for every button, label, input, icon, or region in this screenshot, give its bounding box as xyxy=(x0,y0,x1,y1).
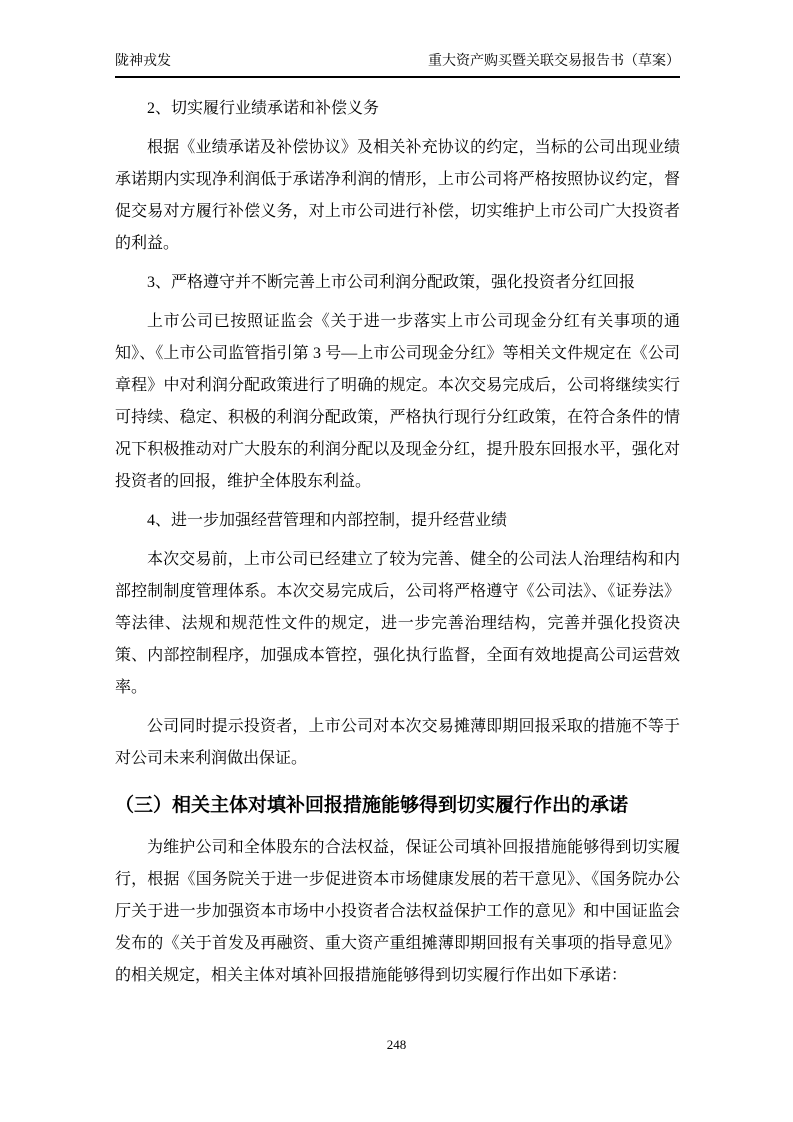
section-heading-three: （三）相关主体对填补回报措施能够得到切实履行作出的承诺 xyxy=(115,789,680,822)
paragraph-performance-commitment: 根据《业绩承诺及补偿协议》及相关补充协议的约定，当标的公司出现业绩承诺期内实现净… xyxy=(115,132,680,260)
document-content: 2、切实履行业绩承诺和补偿义务 根据《业绩承诺及补偿协议》及相关补充协议的约定，… xyxy=(115,86,680,999)
document-page: 陇神戎发 重大资产购买暨关联交易报告书（草案） 2、切实履行业绩承诺和补偿义务 … xyxy=(0,0,793,1122)
page-header: 陇神戎发 重大资产购买暨关联交易报告书（草案） xyxy=(115,52,680,78)
paragraph-dividend-policy: 上市公司已按照证监会《关于进一步落实上市公司现金分红有关事项的通知》、《上市公司… xyxy=(115,306,680,498)
numbered-heading-4: 4、进一步加强经营管理和内部控制，提升经营业绩 xyxy=(115,505,680,537)
paragraph-commitment-basis: 为维护公司和全体股东的合法权益，保证公司填补回报措施能够得到切实履行，根据《国务… xyxy=(115,832,680,992)
page-footer: 248 xyxy=(0,1036,793,1054)
page-number: 248 xyxy=(387,1037,407,1052)
paragraph-investor-notice: 公司同时提示投资者，上市公司对本次交易摊薄即期回报采取的措施不等于对公司未来利润… xyxy=(115,711,680,775)
header-company-name: 陇神戎发 xyxy=(115,52,171,72)
numbered-heading-3: 3、严格遵守并不断完善上市公司利润分配政策，强化投资者分红回报 xyxy=(115,267,680,299)
header-report-title: 重大资产购买暨关联交易报告书（草案） xyxy=(428,52,680,72)
paragraph-internal-control: 本次交易前，上市公司已经建立了较为完善、健全的公司法人治理结构和内部控制制度管理… xyxy=(115,544,680,704)
numbered-heading-2: 2、切实履行业绩承诺和补偿义务 xyxy=(115,93,680,125)
